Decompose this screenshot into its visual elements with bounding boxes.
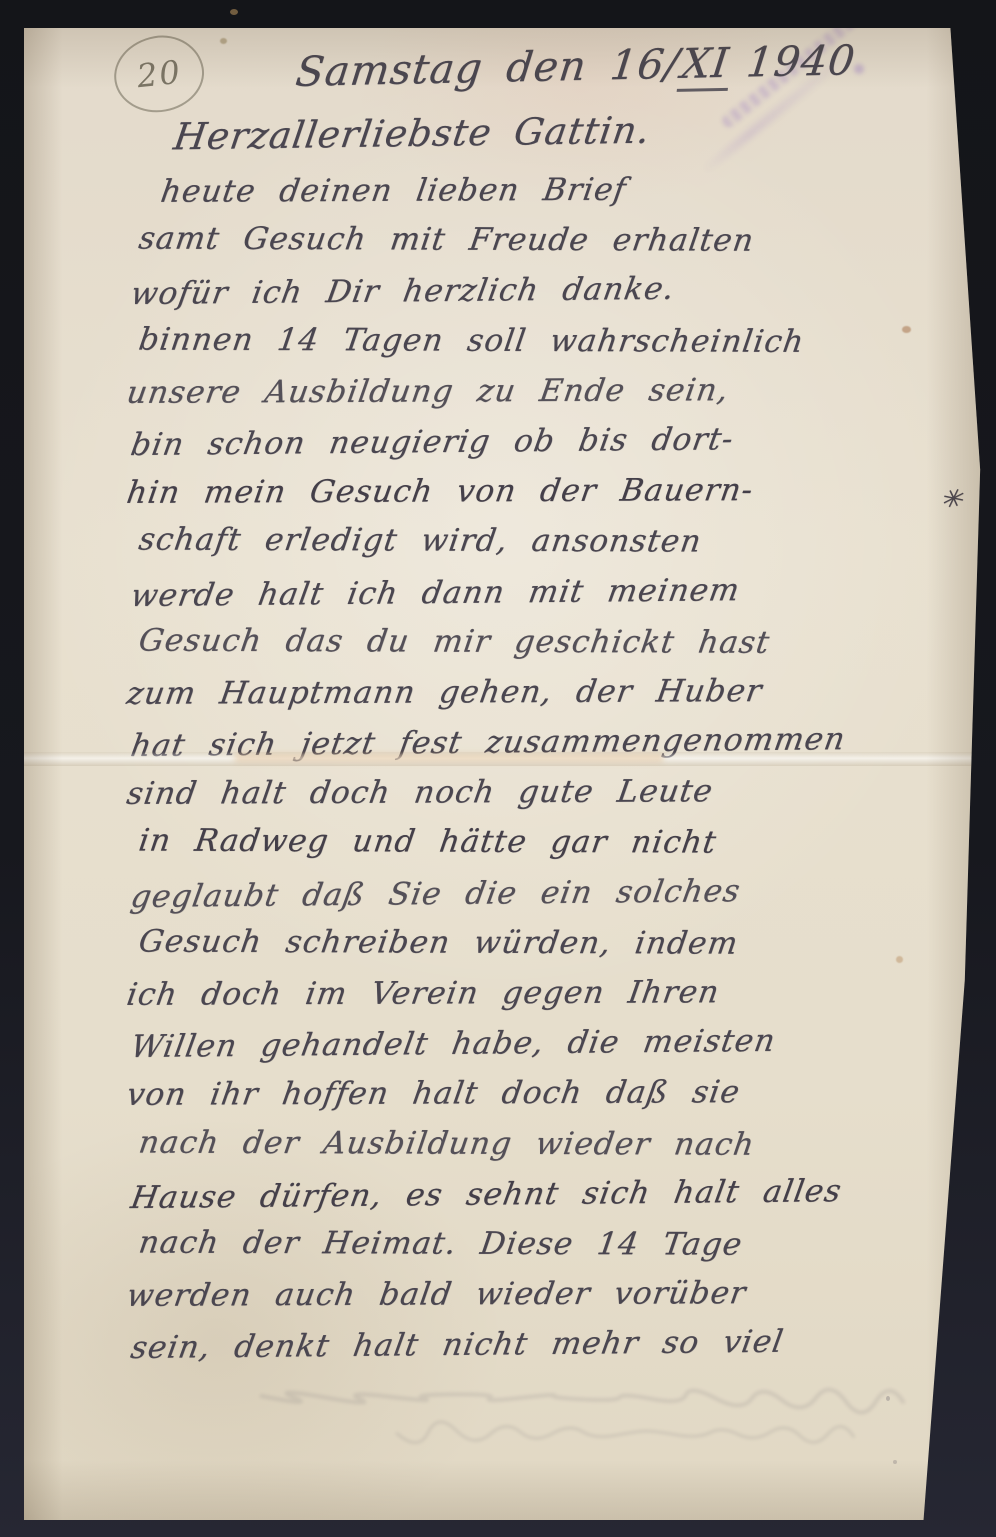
- date-line: Samstag den 16/XI1940: [293, 36, 858, 96]
- dust-speck: [230, 9, 238, 15]
- salutation: Herzallerliebste Gattin.: [171, 109, 653, 159]
- ink-showthrough-ghost: [94, 1363, 915, 1459]
- handwritten-line: Gesuch das du mir geschickt hast: [134, 622, 969, 675]
- handwritten-line: nach der Ausbildung wieder nach: [134, 1124, 969, 1177]
- handwritten-line: Willen gehandelt habe, die meisten: [126, 1021, 970, 1079]
- date-month-roman: XI: [676, 39, 734, 92]
- handwritten-line: heute deinen lieben Brief: [156, 170, 970, 224]
- scanned-letter-photo: 20 Samstag den 16/XI1940 Herzallerliebst…: [0, 0, 996, 1537]
- handwritten-line: von ihr hoffen halt doch daß sie: [122, 1074, 970, 1128]
- foxing-spot: [220, 38, 227, 44]
- handwritten-line: unsere Ausbildung zu Ende sein,: [122, 371, 970, 425]
- handwritten-line: Hause dürfen, es sehnt sich halt alles: [126, 1172, 970, 1230]
- archive-number-circle: 20: [108, 29, 210, 119]
- handwritten-line: schaft erledigt wird, ansonsten: [134, 522, 969, 575]
- crease-smear: [234, 754, 664, 762]
- handwritten-line: hat sich jetzt fest zusammengenommen: [126, 720, 970, 778]
- handwritten-line: in Radweg und hätte gar nicht: [134, 823, 969, 876]
- handwritten-line: samt Gesuch mit Freude erhalten: [134, 221, 969, 274]
- handwritten-line: geglaubt daß Sie die ein solches: [126, 871, 970, 929]
- fold-crease: [24, 752, 984, 766]
- handwritten-line: Gesuch schreiben würden, indem: [134, 923, 969, 976]
- ink-speck: [893, 1460, 897, 1464]
- date-prefix: Samstag den 16/: [293, 40, 682, 96]
- handwritten-line: nach der Heimat. Diese 14 Tage: [134, 1225, 969, 1278]
- stamp-smudge: [854, 64, 864, 74]
- handwritten-line: sind halt doch noch gute Leute: [122, 772, 970, 826]
- handwritten-line: hin mein Gesuch von der Bauern-: [122, 471, 970, 525]
- handwritten-line: wofür ich Dir herzlich danke.: [126, 268, 970, 326]
- handwritten-line: werde halt ich dann mit meinem: [126, 569, 970, 627]
- date-year: 1940: [744, 36, 858, 86]
- handwritten-line: zum Hauptmann gehen, der Huber: [122, 672, 970, 726]
- letter-page: 20 Samstag den 16/XI1940 Herzallerliebst…: [24, 28, 984, 1520]
- handwritten-line: binnen 14 Tagen soll wahrscheinlich: [134, 321, 969, 374]
- handwritten-line: ich doch im Verein gegen Ihren: [122, 973, 970, 1027]
- handwritten-line: bin schon neugierig ob bis dort-: [126, 419, 970, 477]
- letter-body: heute deinen lieben Briefsamt Gesuch mit…: [126, 172, 966, 1377]
- archive-number: 20: [135, 53, 183, 95]
- handwritten-line: werden auch bald wieder vorüber: [122, 1274, 970, 1328]
